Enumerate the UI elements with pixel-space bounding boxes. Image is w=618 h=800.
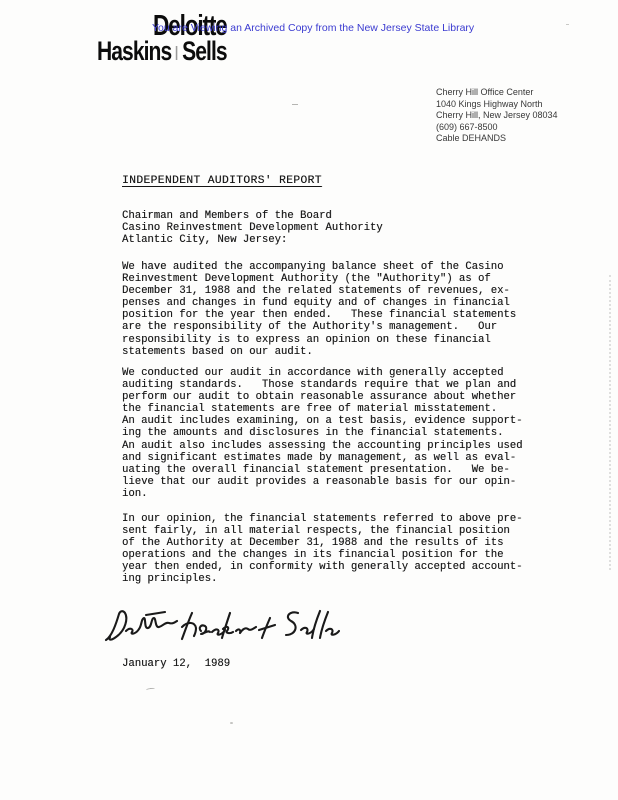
recipient-block: Chairman and Members of the Board Casino… [122,210,383,246]
scan-artifact-speck [146,687,155,691]
letter-title: INDEPENDENT AUDITORS' REPORT [122,175,322,187]
scan-artifact-speck [566,24,569,25]
deloitte-logo-line2: Haskins Sells [97,36,227,67]
paragraph-opinion: In our opinion, the financial statements… [122,513,523,586]
handwritten-signature [102,606,340,652]
logo-word-haskins: Haskins [97,36,171,67]
letter-date: January 12, 1989 [122,658,230,670]
logo-word-sells: Sells [182,36,226,67]
scan-artifact-speck [292,104,298,105]
scan-artifact-speck [230,722,233,724]
paragraph-scope: We have audited the accompanying balance… [122,261,516,358]
office-address-block: Cherry Hill Office Center 1040 Kings Hig… [436,87,558,145]
scan-artifact-edge [609,275,611,570]
scanned-letter-page: Deloitte Haskins Sells You are Viewing a… [0,0,618,800]
logo-separator-bar [176,46,178,60]
archive-notice-link[interactable]: You are Viewing an Archived Copy from th… [152,22,474,34]
paragraph-audit-standards: We conducted our audit in accordance wit… [122,367,523,500]
